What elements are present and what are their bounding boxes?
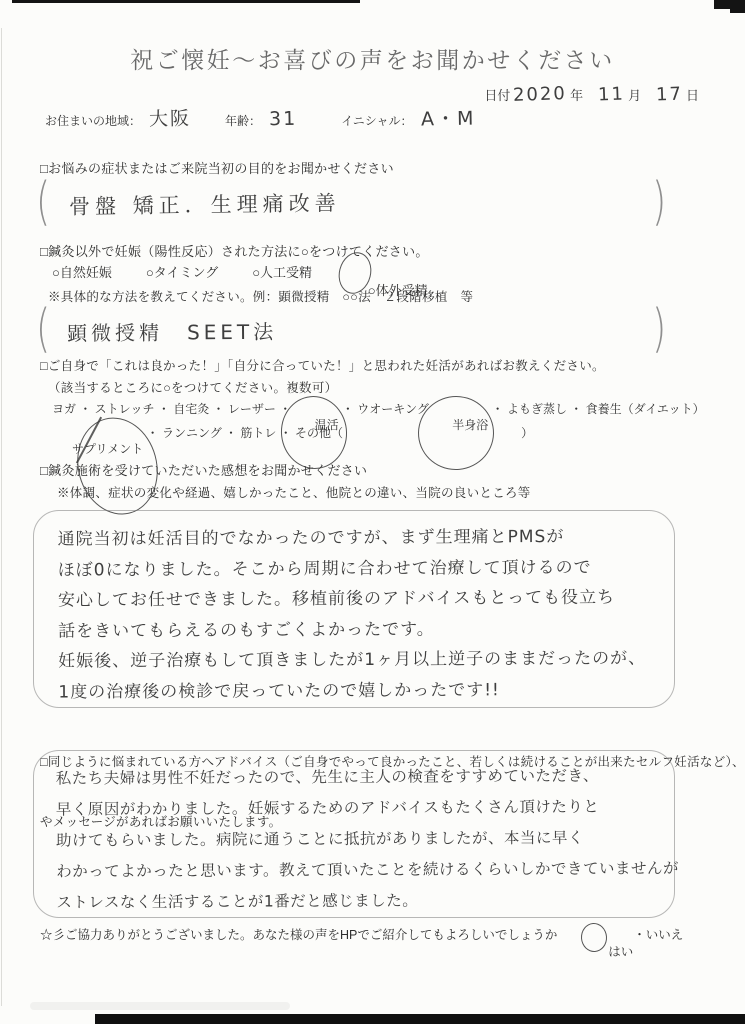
activities-row2-part1: ・ ランニング ・ 筋トレ ・ その他（: [143, 424, 343, 441]
consent-yes-circled: はい: [587, 928, 633, 988]
profile-line: お住まいの地域： 大阪 年齢： 31 イニシャル： A・M: [45, 104, 475, 131]
scan-artifact-top-line: [12, 0, 360, 3]
conception-method-note: ※具体的な方法を教えてください。例：顕微授精 ○○法 ２段階移植 等: [48, 287, 473, 305]
date-month-unit: 月: [628, 85, 641, 104]
question-conception-method: □鍼灸以外で妊娠（陽性反応）された方法に○をつけてください。: [40, 241, 429, 260]
close-paren-decoration: ): [652, 176, 666, 228]
scan-artifact-smudge: [30, 1002, 290, 1010]
handwritten-line: 妊娠後、逆子治療もして頂きましたが1ヶ月以上逆子のままだったのが、: [58, 643, 654, 677]
footer-thanks-message: ☆彡ご協力ありがとうございました。あなた様の声をHPでご紹介してもよろしいでしょ…: [40, 925, 557, 943]
scan-artifact-left-edge: [1, 28, 2, 1006]
option-artificial-insemination: ○人工受精: [252, 262, 312, 281]
consent-separator: ・: [633, 925, 646, 943]
answer-box-impressions: 通院当初は妊活目的でなかったのですが、まず生理痛とPMSが ほぼ0になりました。…: [33, 510, 675, 708]
consent-yes-label: はい: [608, 945, 633, 959]
handwritten-line: わかってよかったと思います。教えて頂いたことを続けるくらいしかできていませんが: [56, 853, 656, 887]
treatment-impressions-note: ※体調、症状の変化や経過、嬉しかったこと、他院との違い、当院の良いところ等: [57, 483, 531, 501]
region-value-handwritten: 大阪: [149, 104, 191, 132]
handwritten-line: 安心してお任せできました。移植前後のアドバイスもとっても役立ち: [58, 582, 654, 616]
handwritten-circle-tail: [76, 417, 102, 464]
activities-other-close-paren: ）: [521, 424, 533, 441]
question-symptoms: □お悩みの症状またはご来院当初の目的をお聞かせください: [40, 158, 394, 177]
handwritten-line: 話をきいてもらえるのもすごくよかったです。: [58, 613, 654, 647]
answer-box-symptoms: ( 骨盤 矯正．生理痛改善 ): [33, 176, 669, 228]
handwritten-line: 早く原因がわかりました。妊娠するためのアドバイスもたくさん頂けたりと: [56, 791, 656, 825]
handwritten-line: ストレスなく生活することが1番だと感じました。: [56, 884, 656, 918]
question-treatment-impressions: □鍼灸施術を受けていただいた感想をお聞かせください: [40, 460, 367, 479]
handwritten-circle-mark: [580, 922, 608, 953]
scan-artifact-bottom-bar: [95, 1014, 745, 1024]
date-month-handwritten: 11: [598, 84, 626, 106]
fertility-activities-note: （該当するところに○をつけてください。複数可）: [48, 378, 337, 396]
initials-label: イニシャル：: [341, 112, 412, 129]
activities-row1-part1: ヨガ ・ ストレッチ ・ 自宅灸 ・ レーザー ・: [52, 400, 295, 417]
handwritten-line: 1度の治療後の検診で戻っていたので嬉しかったです!!: [58, 674, 654, 708]
answer-box-method-detail: ( 顕微授精 SEET法 ): [33, 304, 669, 354]
option-natural-pregnancy: ○自然妊娠: [52, 262, 112, 281]
page-title: 祝ご懐妊～お喜びの声をお聞かせください: [0, 42, 745, 75]
age-label: 年齢：: [225, 112, 261, 129]
scan-artifact-corner-mark: [714, 0, 745, 9]
open-paren-decoration: (: [36, 303, 50, 355]
scan-artifact-corner-step: [730, 9, 745, 13]
handwritten-line: 通院当初は妊活目的でなかったのですが、まず生理痛とPMSが: [58, 521, 654, 555]
handwritten-line: ほぼ0になりました。そこから周期に合わせて治療して頂けるので: [58, 552, 654, 586]
region-label: お住まいの地域：: [45, 112, 141, 129]
activities-row1-part2: ・ ウオーキング: [339, 400, 433, 417]
consent-no-label: いいえ: [646, 925, 684, 943]
close-paren-decoration: ): [652, 303, 666, 355]
footer-consent-line: ☆彡ご協力ありがとうございました。あなた様の声をHPでご紹介してもよろしいでしょ…: [40, 925, 683, 988]
date-day-unit: 日: [686, 85, 699, 104]
date-day-handwritten: 17: [656, 84, 684, 106]
scanned-questionnaire-page: 祝ご懐妊～お喜びの声をお聞かせください 日付 2020 年 11 月 17 日 …: [0, 0, 745, 1024]
advice-handwritten-text: 私たち夫婦は男性不妊だったので、先生に主人の検査をすすめていただき、 早く原因が…: [56, 760, 657, 918]
activities-row1-part3: ・ よもぎ蒸し ・ 食養生（ダイエット）: [488, 400, 704, 417]
answer-box-advice: 私たち夫婦は男性不妊だったので、先生に主人の検査をすすめていただき、 早く原因が…: [33, 750, 675, 918]
age-value-handwritten: 31: [269, 108, 298, 130]
initials-value-handwritten: A・M: [420, 104, 475, 132]
handwritten-line: 助けてもらいました。病院に通うことに抵抗がありましたが、本当に早く: [56, 822, 656, 856]
date-line: 日付 2020 年 11 月 17 日: [484, 84, 699, 105]
date-year-handwritten: 2020: [513, 83, 568, 106]
date-year-unit: 年: [570, 85, 583, 104]
option-timing: ○タイミング: [146, 262, 218, 281]
answer-method-detail-handwritten: 顕微授精 SEET法: [53, 312, 649, 346]
handwritten-line: 私たち夫婦は男性不妊だったので、先生に主人の検査をすすめていただき、: [56, 760, 656, 794]
answer-symptoms-handwritten: 骨盤 矯正．生理痛改善: [53, 183, 649, 221]
question-fertility-activities: □ご自身で「これは良かった！」「自分に合っていた！」と思われた妊活があればお教え…: [40, 356, 605, 374]
open-paren-decoration: (: [36, 176, 50, 228]
date-label: 日付: [484, 85, 510, 104]
activity-supplement-label: サプリメント: [72, 442, 143, 456]
impressions-handwritten-text: 通院当初は妊活目的でなかったのですが、まず生理痛とPMSが ほぼ0になりました。…: [58, 521, 655, 707]
